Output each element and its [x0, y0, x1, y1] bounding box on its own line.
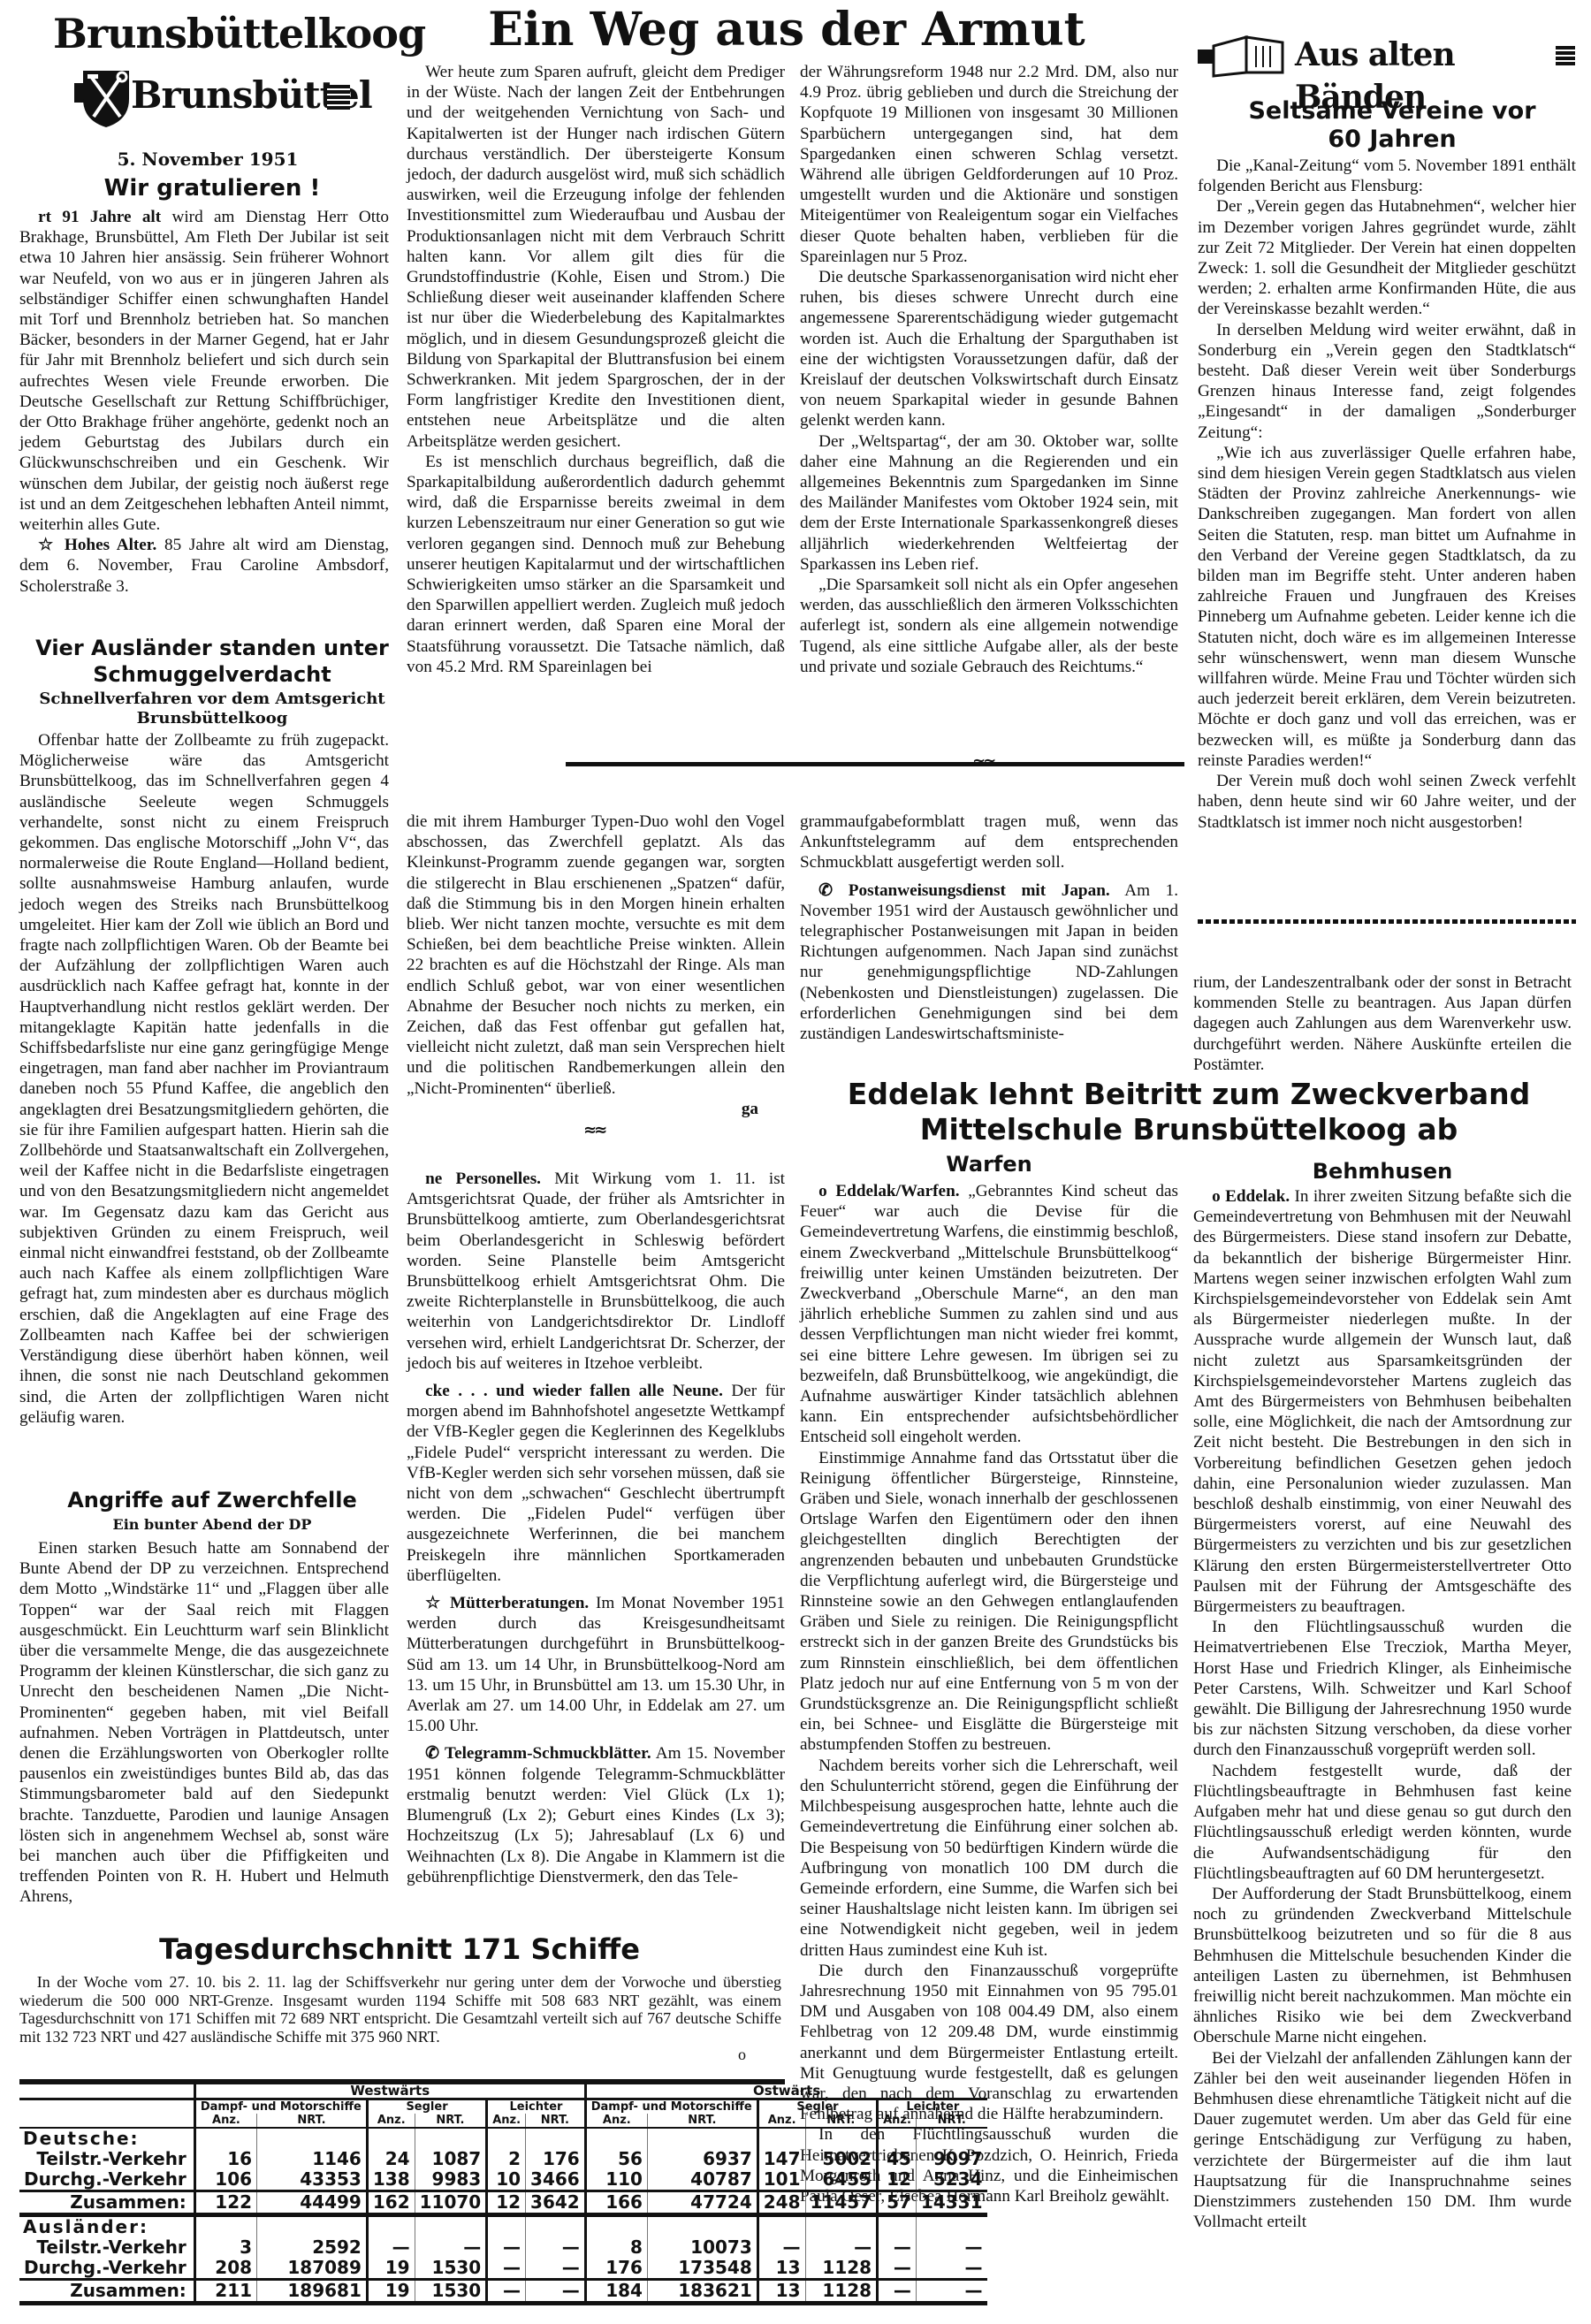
table-row: Durchg.-Verkehr208187089191530——17617354… — [19, 2258, 987, 2280]
table-cell: 12 — [878, 2169, 917, 2191]
notice-muetterberatung-lead: ☆ Mütterberatungen. — [425, 1594, 589, 1612]
lead-hohes-alter: ☆ Hohes Alter. — [38, 536, 156, 554]
subhead-zwerchfelle: Ein bunter Abend der DP — [35, 1515, 389, 1535]
notices-column-3: rium, der Landeszentralbank oder der son… — [1193, 972, 1572, 1075]
row-label: Teilstr.-Verkehr — [19, 2237, 194, 2258]
table-row: Durchg.-Verkehr1064335313899831034661104… — [19, 2169, 987, 2191]
table-cell: 248 — [757, 2191, 805, 2215]
dotted-divider — [1198, 919, 1576, 924]
headline-armut: Ein Weg aus der Armut — [398, 2, 1176, 58]
table-cell: 12 — [487, 2191, 526, 2215]
table-cell: 11457 — [805, 2191, 878, 2215]
table-total-row: Zusammen:1224449916211070123642166477242… — [19, 2191, 987, 2215]
table-cell: 184 — [585, 2280, 647, 2304]
table-cell: — — [878, 2258, 917, 2280]
table-cell: — — [916, 2258, 986, 2280]
table-cell: 183621 — [647, 2280, 757, 2304]
table-cell: 44499 — [257, 2191, 368, 2215]
table-cell: 2592 — [257, 2237, 368, 2258]
table-cell: 9097 — [916, 2149, 986, 2169]
article-schiffe: In der Woche vom 27. 10. bis 2. 11. lag … — [19, 1973, 781, 2064]
subhead-behmhusen: Behmhusen — [1193, 1158, 1572, 1185]
table-cell: — — [415, 2237, 487, 2258]
signature: ga — [407, 1099, 785, 1119]
row-label: Teilstr.-Verkehr — [19, 2149, 194, 2169]
table-cell: 3466 — [526, 2169, 586, 2191]
article-eddelak-warfen: o Eddelak/Warfen. „Gebranntes Kind scheu… — [800, 1181, 1178, 2206]
table-cell: 1128 — [805, 2258, 878, 2280]
article-zwerchfelle-continued: die mit ihrem Hamburger Typen-Duo wohl d… — [407, 811, 785, 1119]
table-cell: 122 — [194, 2191, 256, 2215]
group-label: Ausländer: — [19, 2215, 194, 2238]
table-cell: 47724 — [647, 2191, 757, 2215]
article-eddelak-behmhusen: o Eddelak. In ihrer zweiten Sitzung befa… — [1193, 1186, 1572, 2232]
shipping-table: Westwärts Ostwärts Dampf- und Motorschif… — [19, 2084, 785, 2305]
article-zwerchfelle: Einen starken Besuch hatte am Sonnabend … — [19, 1538, 389, 1908]
notice-kegeln-lead: cke . . . und wieder fallen alle Neune. — [425, 1382, 723, 1400]
feature-header: Aus alten Bänden — [1198, 34, 1578, 78]
table-cell: 110 — [585, 2169, 647, 2191]
table-cell: 45 — [878, 2149, 917, 2169]
lead-91-jahre: rt 91 Jahre alt — [38, 208, 161, 226]
table-cell: 19 — [367, 2280, 415, 2304]
table-cell: — — [487, 2237, 526, 2258]
table-cell: 1087 — [415, 2149, 487, 2169]
table-cell: 10073 — [647, 2237, 757, 2258]
banner-ribbon-right-2 — [1556, 46, 1575, 67]
article-armut-col1: Wer heute zum Sparen aufruft, gleicht de… — [407, 62, 785, 677]
masthead: Brunsbüttelkoog Brunsbüttel — [53, 11, 362, 130]
table-cell: 13 — [757, 2280, 805, 2304]
table-cell: — — [916, 2280, 986, 2304]
table-cell: 138 — [367, 2169, 415, 2191]
table-cell: 40787 — [647, 2169, 757, 2191]
table-cell: — — [367, 2237, 415, 2258]
table-cell: 19 — [367, 2258, 415, 2280]
table-total-row: Zusammen:211189681191530——18418362113112… — [19, 2280, 987, 2304]
masthead-line2: Brunsbüttel — [131, 74, 325, 117]
row-label: Durchg.-Verkehr — [19, 2258, 194, 2280]
headline-schiffe: Tagesdurchschnitt 171 Schiffe — [19, 1931, 780, 1968]
table-cell: 1146 — [257, 2149, 368, 2169]
article-gratulieren: rt 91 Jahre alt wird am Dienstag Herr Ot… — [19, 207, 389, 597]
divider-ornament-2: ≈≈ — [583, 1121, 605, 1139]
table-cell: — — [526, 2280, 586, 2304]
notices-column-2: grammaufgabeformblatt tragen muß, wenn d… — [800, 811, 1178, 1044]
table-cell: 176 — [526, 2149, 586, 2169]
open-book-icon — [1198, 34, 1295, 78]
table-cell: 9983 — [415, 2169, 487, 2191]
dir-westwaerts: Westwärts — [194, 2084, 585, 2099]
row-label: Durchg.-Verkehr — [19, 2169, 194, 2191]
table-cell: 101 — [757, 2169, 805, 2191]
group-label: Deutsche: — [19, 2128, 194, 2149]
headline-vereine: Seltsame Vereine vor 60 Jahren — [1246, 97, 1538, 154]
table-cell: 187089 — [257, 2258, 368, 2280]
table-cell: 11070 — [415, 2191, 487, 2215]
headline-eddelak-1: Eddelak lehnt Beitritt zum Zweckverband — [800, 1077, 1578, 1112]
section-rule — [566, 762, 1184, 766]
table-cell: 8 — [585, 2237, 647, 2258]
notice-personelles-lead: ne Personelles. — [425, 1170, 541, 1188]
table-cell: 1530 — [415, 2280, 487, 2304]
headline-schmuggel: Vier Ausländer standen unter Schmuggelve… — [35, 635, 389, 688]
masthead-line1: Brunsbüttelkoog — [53, 11, 362, 57]
table-cell: 5234 — [916, 2169, 986, 2191]
table-row: Teilstr.-Verkehr161146241087217656693714… — [19, 2149, 987, 2169]
table-cell: — — [526, 2237, 586, 2258]
coat-of-arms-icon — [74, 65, 136, 129]
table-cell: 208 — [194, 2258, 256, 2280]
table-cell: 173548 — [647, 2258, 757, 2280]
table-cell: 5002 — [805, 2149, 878, 2169]
shipping-table-body: Deutsche:Teilstr.-Verkehr161146241087217… — [19, 2128, 987, 2304]
table-cell: — — [878, 2237, 917, 2258]
table-cell: 10 — [487, 2169, 526, 2191]
subhead-schmuggel: Schnellverfahren vor dem Amtsgericht Bru… — [35, 690, 389, 728]
table-cell: 56 — [585, 2149, 647, 2169]
table-cell: — — [757, 2237, 805, 2258]
table-cell: 189681 — [257, 2280, 368, 2304]
table-cell: 162 — [367, 2191, 415, 2215]
notices-column: ne Personelles. Mit Wirkung vom 1. 11. i… — [407, 1169, 785, 1887]
table-cell: 2 — [487, 2149, 526, 2169]
table-cell: 1530 — [415, 2258, 487, 2280]
headline-zwerchfelle: Angriffe auf Zwerchfelle — [35, 1487, 389, 1513]
total-label: Zusammen: — [19, 2280, 194, 2304]
article-schmuggel: Offenbar hatte der Zollbeamte zu früh zu… — [19, 730, 389, 1428]
issue-date: 5. November 1951 — [53, 149, 362, 170]
table-cell: 43353 — [257, 2169, 368, 2191]
headline-eddelak-2: Mittelschule Brunsbüttelkoog ab — [800, 1112, 1578, 1147]
table-cell: 211 — [194, 2280, 256, 2304]
article-armut-col2: der Währungsreform 1948 nur 2.2 Mrd. DM,… — [800, 62, 1178, 677]
table-cell: — — [487, 2258, 526, 2280]
table-cell: — — [878, 2280, 917, 2304]
total-label: Zusammen: — [19, 2191, 194, 2215]
banner-ribbon-right — [327, 85, 350, 110]
table-cell: 13 — [757, 2258, 805, 2280]
table-cell: 6455 — [805, 2169, 878, 2191]
notice-telegramm-lead: ✆ Telegramm-Schmuckblätter. — [425, 1744, 651, 1763]
table-cell: 16 — [194, 2149, 256, 2169]
table-cell: 106 — [194, 2169, 256, 2191]
dir-ostwaerts: Ostwärts — [585, 2084, 986, 2099]
headline-gratulieren: Wir gratulieren ! — [35, 173, 389, 203]
table-cell: 147 — [757, 2149, 805, 2169]
table-cell: 166 — [585, 2191, 647, 2215]
table-cell: — — [805, 2237, 878, 2258]
subhead-warfen: Warfen — [800, 1151, 1178, 1177]
table-cell: 3 — [194, 2237, 256, 2258]
table-cell: 14331 — [916, 2191, 986, 2215]
table-cell: 24 — [367, 2149, 415, 2169]
notice-postanweisung-lead: ✆ Postanweisungsdienst mit Japan. — [818, 881, 1110, 900]
table-cell: — — [487, 2280, 526, 2304]
table-cell: — — [526, 2258, 586, 2280]
table-row: Teilstr.-Verkehr32592————810073———— — [19, 2237, 987, 2258]
table-cell: 6937 — [647, 2149, 757, 2169]
article-vereine: Die „Kanal-Zeitung“ vom 5. November 1891… — [1198, 156, 1576, 833]
table-cell: 3642 — [526, 2191, 586, 2215]
table-cell: — — [916, 2237, 986, 2258]
table-cell: 176 — [585, 2258, 647, 2280]
table-cell: 1128 — [805, 2280, 878, 2304]
table-cell: 57 — [878, 2191, 917, 2215]
